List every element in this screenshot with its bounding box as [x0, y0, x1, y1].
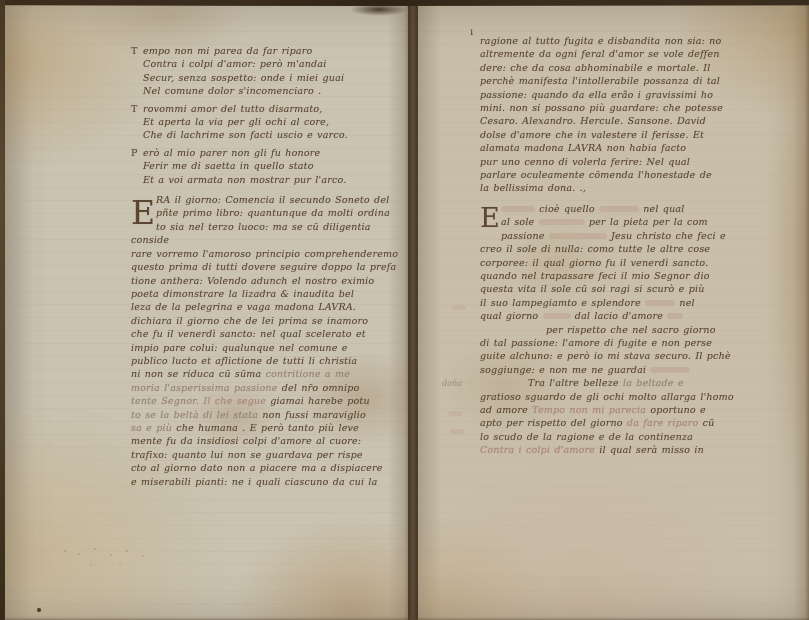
manuscript-photo: Tempo non mi parea da far riparoContra i…: [4, 5, 809, 620]
gloss-line: parlare oculeamente cōmenda l'honestade …: [480, 169, 762, 182]
gloss-line: creo il sole di nulla: como tutte le alt…: [480, 243, 762, 256]
poem-line: Che di lachrime son facti uscio e varco.: [143, 129, 401, 142]
gloss-line: mini. non si possano più guardare: che p…: [480, 102, 762, 115]
commentary-line: questo prima di tutti dovere seguire dop…: [131, 261, 401, 274]
commentary-line: tente Segnor. Il che segue giamai harebe…: [131, 395, 401, 408]
versal-initial: T: [131, 103, 143, 116]
commentary-line: impio pare colui: qualunque nel comune e: [131, 342, 401, 355]
commentary-line: mente fu da insidiosi colpi d'amore al c…: [131, 435, 401, 448]
gloss-line: pur uno cenno di volerla ferire: Nel qua…: [480, 156, 762, 169]
commentary-line: ni non se riduca cū sūma contritione a m…: [131, 368, 401, 381]
gloss-line: il suo lampegiamto e splendore nel: [480, 297, 762, 310]
gloss-line: al sole per la pieta per la com: [480, 216, 762, 229]
gloss-line: gratioso sguardo de gli ochi molto allar…: [480, 391, 762, 404]
poem-line: Et a voi armata non mostrar pur l'arco.: [143, 174, 401, 187]
photo-right-edge: [805, 5, 809, 620]
gloss-line: ragione al tutto fugita e disbandita non…: [480, 35, 762, 48]
commentary-line: moria l'asperissima passione del nr̄o om…: [131, 382, 401, 395]
gloss-line: guite alchuno: e però io mi stava securo…: [480, 350, 762, 363]
poem-line: Però al mio parer non gli fu honore: [143, 147, 401, 160]
commentary-lines: RA il giorno: Comencia il secundo Soneto…: [131, 194, 401, 489]
gloss-line: lo scudo de la ragione e de la continenz…: [480, 431, 762, 444]
gloss-line: apto per rispetto del giorno da fare rip…: [480, 417, 762, 430]
gloss-line: la bellissima dona. .,: [480, 182, 762, 195]
left-text-block: Tempo non mi parea da far riparoContra i…: [131, 45, 401, 489]
gloss-line: passione Jesu christo che feci e: [480, 230, 762, 243]
ink-dot: [37, 608, 41, 612]
versal-initial: P: [131, 147, 143, 160]
quire-mark: ı: [470, 27, 473, 38]
sonnet-block: Tempo non mi parea da far riparoContra i…: [131, 45, 401, 187]
commentary-line: tione anthera: Volendo adunch el nostro …: [131, 275, 401, 288]
commentary-line: to sia nel terzo luoco: ma se cū diligen…: [131, 221, 401, 248]
poem-line: Tempo non mi parea da far riparo: [143, 45, 401, 58]
gloss-line: altremente da ogni feral d'amor se vole …: [480, 48, 762, 61]
gloss-lines: cioè quello nel qualal sole per la pieta…: [480, 203, 762, 458]
poem-line: Contra i colpi d'amor: però m'andai: [143, 58, 401, 71]
poem-line: Et aperta la via per gli ochi al core,: [143, 116, 401, 129]
margin-smudge: [448, 411, 462, 416]
gloss-line: dere: che da cosa abhominabile e mortale…: [480, 62, 762, 75]
gloss-line: qual giorno dal lacio d'amore: [480, 310, 762, 323]
gloss-line: perchè manifesta l'intollerabile possanz…: [480, 75, 762, 88]
commentary-line: cto al giorno dato non a piacere ma a di…: [131, 462, 401, 475]
gloss-line: soggiunge: e non me ne guardai: [480, 364, 762, 377]
commentary-line: dichiara il giorno che de lei prima se i…: [131, 315, 401, 328]
commentary-line: poeta dimonstrare la lizadra & inaudita …: [131, 288, 401, 301]
initial-capital-E: E: [131, 196, 151, 230]
poem-line: Ferir me di saetta in quello stato: [143, 160, 401, 173]
commentary-line: to se la beltà di lei stata non fussi ma…: [131, 409, 401, 422]
gloss-line: corporee: il qual giorno fu il venerdì s…: [480, 257, 762, 270]
initial-capital-E: E: [480, 205, 496, 232]
commentary-line: pñte primo libro: quantunque da molti or…: [131, 207, 401, 220]
commentary-line: publico lucto et aflictione de tutti li …: [131, 355, 401, 368]
gloss-line: di tal passione: l'amore di fugite e non…: [480, 337, 762, 350]
gloss-line: Tra l'altre belleze la beltade e: [480, 377, 762, 390]
poem-line: Trovommi amor del tutto disarmato,: [143, 103, 401, 116]
gloss-line: per rispetto che nel sacro giorno: [480, 324, 762, 337]
gloss-line: passione: quando da ella erão i gravissi…: [480, 89, 762, 102]
right-page: ı doña ragione al tutto fugita e disband…: [418, 5, 809, 620]
gloss-line: quando nel trapassare feci il mio Segnor…: [480, 270, 762, 283]
commentary-line: che fu il venerdì sancto: nel qual scele…: [131, 328, 401, 341]
photo-left-edge: [0, 0, 5, 620]
commentary-line: RA il giorno: Comencia il secundo Soneto…: [131, 194, 401, 207]
commentary-line: trafixo: quanto lui non se guardava per …: [131, 449, 401, 462]
right-text-block: ragione al tutto fugita e disbandita non…: [480, 35, 762, 458]
gloss-line: Contra i colpi d'amore il qual serà miss…: [480, 444, 762, 457]
commentary-line: sa e più che humana . E però tanto più l…: [131, 422, 401, 435]
gloss-line: ad amore Tempo non mi parecia oportuno e: [480, 404, 762, 417]
commentary-block: E RA il giorno: Comencia il secundo Sone…: [131, 194, 401, 489]
poem-line: Nel comune dolor s'incomenciaro .: [143, 85, 401, 98]
poem-line: Secur, senza sospetto: onde i miei guai: [143, 72, 401, 85]
commentary-line: leza de la pelegrina e vaga madona LAVRA…: [131, 301, 401, 314]
commentary-line: e miserabili pianti: ne i quali ciascuno…: [131, 476, 401, 489]
ink-speckles: [64, 550, 66, 552]
gloss-line: questa vita il sole cū soi ragi si scurò…: [480, 283, 762, 296]
gloss-line: Cesaro. Alexandro. Hercule. Sansone. Dav…: [480, 115, 762, 128]
binding-dark-blob: [350, 3, 408, 16]
versal-initial: T: [131, 45, 143, 58]
gloss-block-2: E cioè quello nel qualal sole per la pie…: [480, 203, 762, 458]
margin-smudge: [450, 429, 464, 434]
gloss-line: alamata madona LAVRA non habia facto: [480, 142, 762, 155]
gloss-line: cioè quello nel qual: [480, 203, 762, 216]
gloss-line: dolse d'amore che in valestere il feriss…: [480, 129, 762, 142]
gloss-block-1: ragione al tutto fugita e disbandita non…: [480, 35, 762, 196]
commentary-line: rare vorremo l'amoroso principio compreh…: [131, 248, 401, 261]
margin-smudge: [452, 305, 466, 310]
left-page: Tempo non mi parea da far riparoContra i…: [4, 5, 408, 620]
margin-note: doña: [442, 379, 462, 388]
